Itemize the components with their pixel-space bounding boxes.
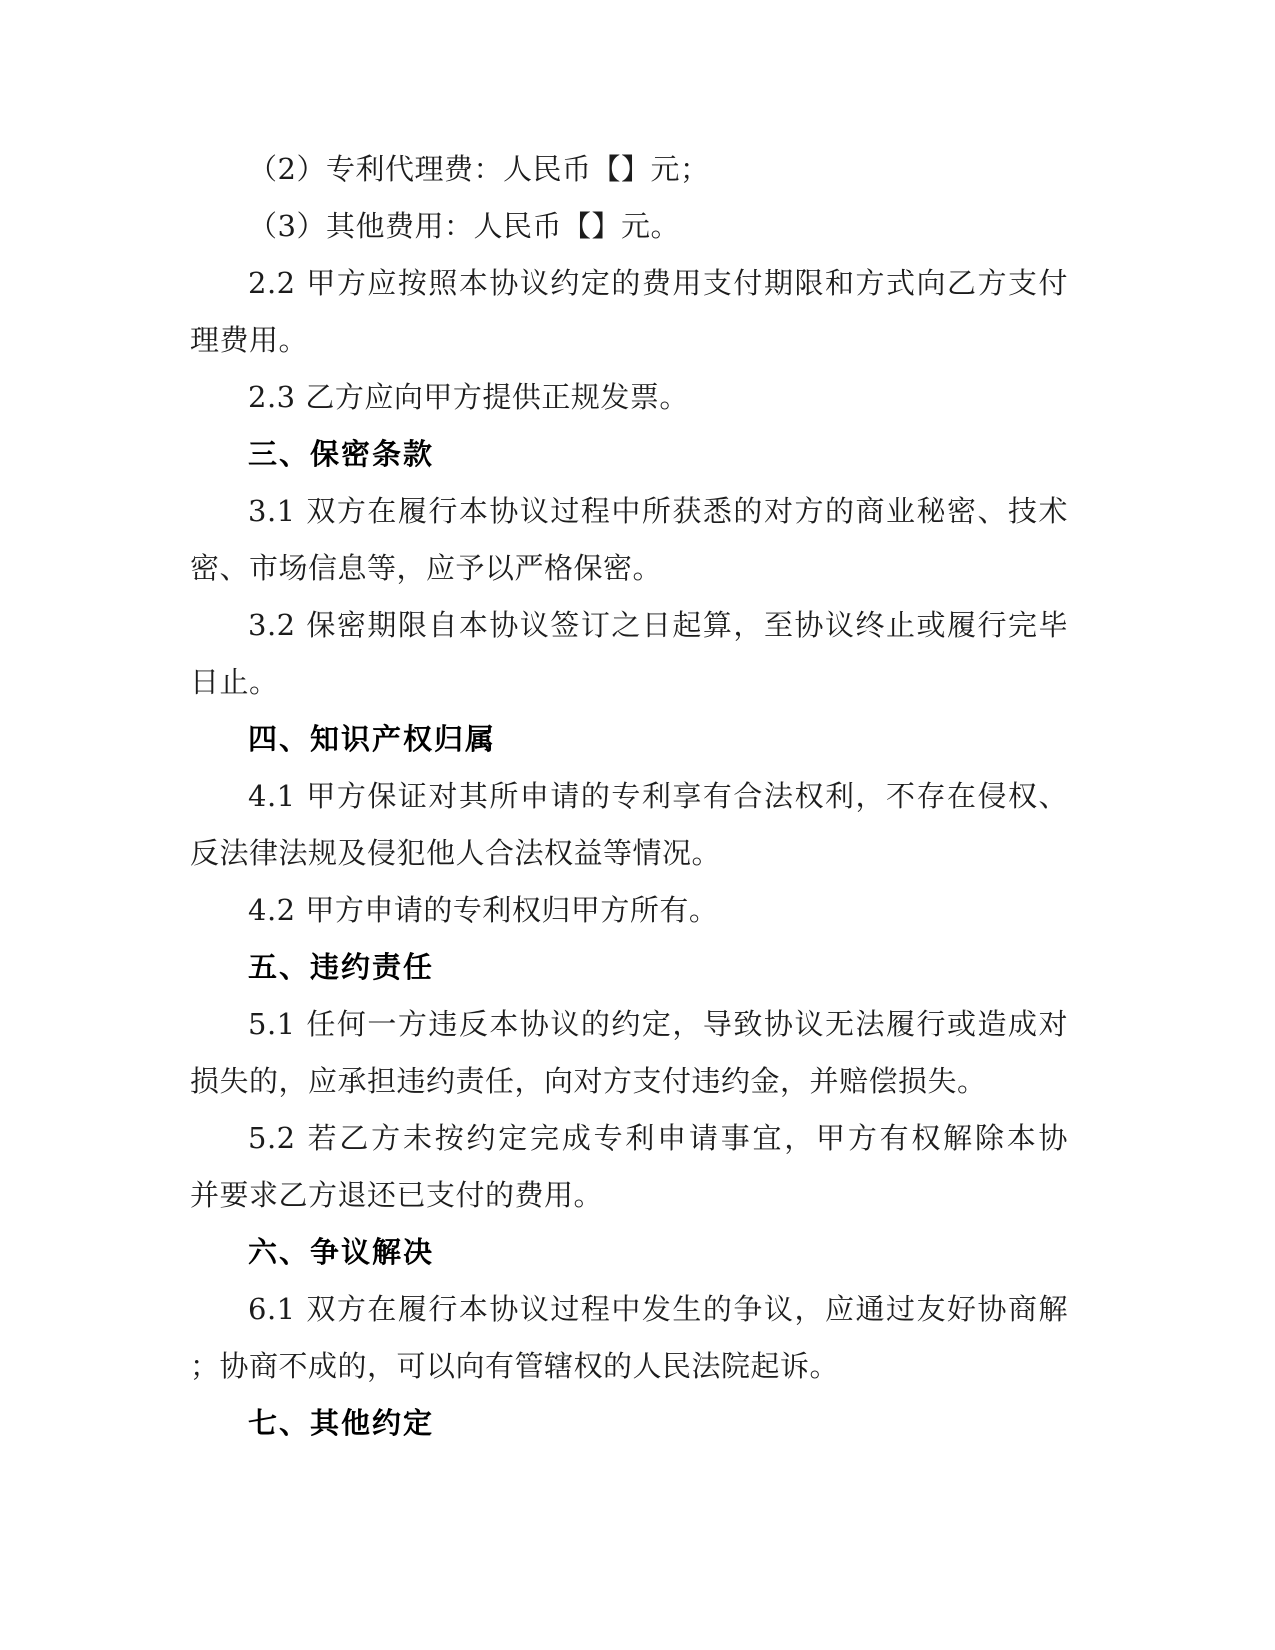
section-heading-5: 五、违约责任 — [190, 939, 1068, 996]
document-body: （2）专利代理费：人民币【】元； （3）其他费用：人民币【】元。 2.2 甲方应… — [190, 141, 1068, 1452]
section-heading-4: 四、知识产权归属 — [190, 711, 1068, 768]
text-line-clause-2-2a: 2.2 甲方应按照本协议约定的费用支付期限和方式向乙方支付代 — [190, 255, 1068, 312]
text-line-clause-3-1b: 密、市场信息等，应予以严格保密。 — [190, 540, 1068, 597]
text-line-clause-3-2a: 3.2 保密期限自本协议签订之日起算，至协议终止或履行完毕之 — [190, 597, 1068, 654]
text-line-fee-item-2: （2）专利代理费：人民币【】元； — [190, 141, 1068, 198]
text-line-clause-3-2b: 日止。 — [190, 654, 1068, 711]
text-line-clause-4-1a: 4.1 甲方保证对其所申请的专利享有合法权利，不存在侵权、违 — [190, 768, 1068, 825]
text-line-clause-2-2b: 理费用。 — [190, 312, 1068, 369]
text-line-clause-2-3: 2.3 乙方应向甲方提供正规发票。 — [190, 369, 1068, 426]
text-line-fee-item-3: （3）其他费用：人民币【】元。 — [190, 198, 1068, 255]
text-line-clause-5-2a: 5.2 若乙方未按约定完成专利申请事宜，甲方有权解除本协议， — [190, 1110, 1068, 1167]
section-heading-6: 六、争议解决 — [190, 1224, 1068, 1281]
section-heading-3: 三、保密条款 — [190, 426, 1068, 483]
text-line-clause-4-2: 4.2 甲方申请的专利权归甲方所有。 — [190, 882, 1068, 939]
text-line-clause-6-1a: 6.1 双方在履行本协议过程中发生的争议，应通过友好协商解决 — [190, 1281, 1068, 1338]
text-line-clause-5-1a: 5.1 任何一方违反本协议的约定，导致协议无法履行或造成对方 — [190, 996, 1068, 1053]
text-line-clause-5-1b: 损失的，应承担违约责任，向对方支付违约金，并赔偿损失。 — [190, 1053, 1068, 1110]
text-line-clause-4-1b: 反法律法规及侵犯他人合法权益等情况。 — [190, 825, 1068, 882]
text-line-clause-3-1a: 3.1 双方在履行本协议过程中所获悉的对方的商业秘密、技术秘 — [190, 483, 1068, 540]
document-page: （2）专利代理费：人民币【】元； （3）其他费用：人民币【】元。 2.2 甲方应… — [0, 0, 1275, 1650]
text-line-clause-5-2b: 并要求乙方退还已支付的费用。 — [190, 1167, 1068, 1224]
section-heading-7: 七、其他约定 — [190, 1395, 1068, 1452]
text-line-clause-6-1b: ；协商不成的，可以向有管辖权的人民法院起诉。 — [190, 1338, 1068, 1395]
